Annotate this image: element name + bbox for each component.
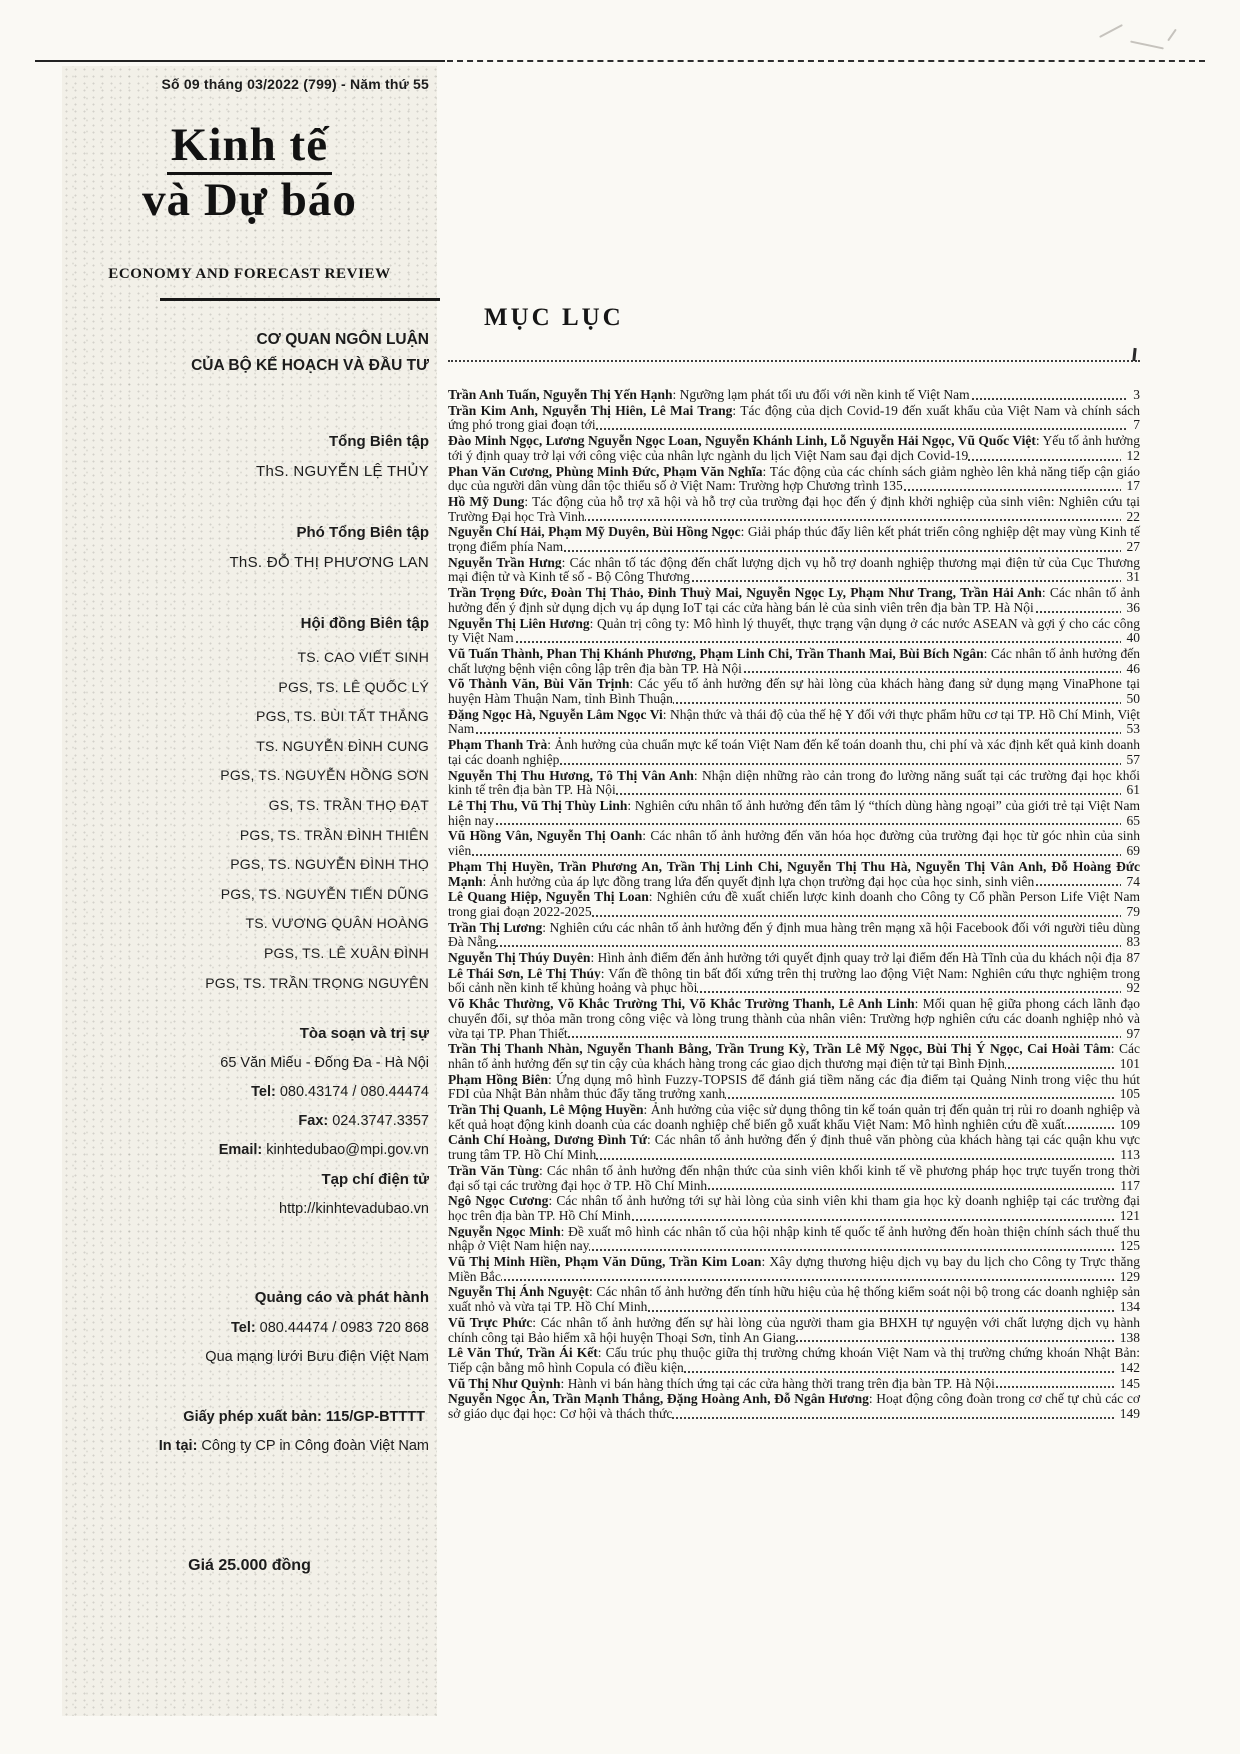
toc-entry-separator: : <box>644 1102 651 1117</box>
toc-entry-authors: Lê Quang Hiệp, Nguyễn Thị Loan <box>448 889 649 904</box>
board-member: GS, TS. TRẦN THỌ ĐẠT <box>70 791 429 821</box>
scan-artifact <box>1132 348 1136 361</box>
toc-entry-separator: : <box>539 1163 547 1178</box>
toc-entry-page: 3 <box>1127 388 1140 403</box>
toc-entry-authors: Trần Văn Tùng <box>448 1163 539 1178</box>
toc-entry-authors: Võ Khắc Thường, Võ Khắc Trường Thi, Võ K… <box>448 996 915 1011</box>
toc-entry-page: 83 <box>1121 935 1141 950</box>
license-label: Giấy phép xuất bản: <box>183 1409 322 1425</box>
toc-entry: Nguyễn Ngọc Minh: Đề xuất mô hình các nh… <box>448 1225 1140 1254</box>
toc-entry-page: 22 <box>1121 510 1141 525</box>
scanned-journal-page: Số 09 tháng 03/2022 (799) - Năm thứ 55 K… <box>0 0 1240 1754</box>
toc-entry-page: 50 <box>1121 692 1141 707</box>
toc-entry-title: Ngưỡng lạm phát tối ưu đối với nền kinh … <box>680 387 970 402</box>
toc-entry-page: 87 <box>1121 951 1141 966</box>
toc-entry-title: Các nhân tố ảnh hưởng đến nhận thức của … <box>448 1163 1140 1193</box>
issue-line: Số 09 tháng 03/2022 (799) - Năm thứ 55 <box>70 74 429 94</box>
board-member: PGS, TS. NGUYỄN TIẾN DŨNG <box>70 880 429 910</box>
toc-entry-authors: Nguyễn Ngọc Minh <box>448 1224 561 1239</box>
board-member: PGS, TS. LÊ QUỐC LÝ <box>70 673 429 703</box>
office-address: 65 Văn Miếu - Đống Đa - Hà Nội <box>70 1053 429 1073</box>
toc-entry-authors: Võ Thành Văn, Bùi Văn Trịnh <box>448 676 629 691</box>
toc-entry-separator: : <box>627 798 634 813</box>
toc-entry: Vũ Tuấn Thành, Phan Thị Khánh Phương, Ph… <box>448 647 1140 676</box>
toc-entry-page: 145 <box>1114 1377 1140 1392</box>
toc-entry: Nguyễn Thị Thúy Duyên: Hình ảnh điểm đến… <box>448 951 1140 966</box>
editorial-board-list: TS. CAO VIẾT SINHPGS, TS. LÊ QUỐC LÝPGS,… <box>70 643 429 998</box>
toc-entry-page: 27 <box>1121 540 1141 555</box>
printer-label: In tại: <box>159 1438 198 1454</box>
printer-line: In tại:Công ty CP in Công đoàn Việt Nam <box>70 1436 429 1456</box>
top-rule-dashed <box>447 60 1205 62</box>
toc-entry: Lê Thị Thu, Vũ Thị Thùy Linh: Nghiên cứu… <box>448 799 1140 828</box>
editorial-board-label: Hội đồng Biên tập <box>70 614 429 634</box>
toc-entry: Trần Thị Quanh, Lê Mộng Huyền: Ảnh hưởng… <box>448 1103 1140 1132</box>
journal-logo: Kinh tế và Dự báo <box>70 118 429 228</box>
toc-entry: Vũ Thị Minh Hiền, Phạm Văn Dũng, Trần Ki… <box>448 1255 1140 1284</box>
toc-entry: Lê Quang Hiệp, Nguyễn Thị Loan: Nghiên c… <box>448 890 1140 919</box>
toc-entry-separator: : <box>984 646 991 661</box>
toc-entry: Nguyễn Trần Hưng: Các nhân tố tác động đ… <box>448 556 1140 585</box>
toc-entry-authors: Hồ Mỹ Dung <box>448 494 524 509</box>
toc-entry-authors: Lê Thị Thu, Vũ Thị Thùy Linh <box>448 798 627 813</box>
board-member: PGS, TS. BÙI TẤT THẮNG <box>70 702 429 732</box>
toc-entry-title: Nghiên cứu các nhân tố ảnh hưởng đến ý đ… <box>448 920 1140 950</box>
toc-entry: Vũ Thị Như Quỳnh: Hành vi bán hàng thích… <box>448 1377 1140 1392</box>
toc-entry-title: Hành vi bán hàng thích ứng tại các cửa h… <box>568 1376 995 1391</box>
toc-entry: Trần Thị Thanh Nhàn, Nguyễn Thanh Bằng, … <box>448 1042 1140 1071</box>
toc-entry-page: 31 <box>1121 570 1141 585</box>
masthead-rule <box>160 298 440 301</box>
deputy-editor-name: ThS. ĐỖ THỊ PHƯƠNG LAN <box>70 553 429 573</box>
toc-entry-separator: : <box>561 1376 568 1391</box>
toc-entry-separator: : <box>590 616 597 631</box>
editor-in-chief-label: Tổng Biên tập <box>70 432 429 452</box>
toc-entry-separator: : <box>548 1072 556 1087</box>
distribution-label: Quảng cáo và phát hành <box>70 1288 429 1308</box>
printer-value: Công ty CP in Công đoàn Việt Nam <box>201 1438 429 1454</box>
toc-title: MỤC LỤC <box>484 304 624 332</box>
toc-entry-page: 57 <box>1121 753 1141 768</box>
toc-entry: Võ Khắc Thường, Võ Khắc Trường Thi, Võ K… <box>448 997 1140 1041</box>
agency-line-2: CỦA BỘ KẾ HOẠCH VÀ ĐẦU TƯ <box>70 356 429 376</box>
toc-entry-authors: Đào Minh Ngọc, Lương Nguyễn Ngọc Loan, N… <box>448 433 1036 448</box>
toc-entry-title: Hình ảnh điểm đến ảnh hưởng tới quyết đị… <box>598 950 1122 965</box>
toc-entry-separator: : <box>663 707 670 722</box>
toc-entry-authors: Trần Anh Tuấn, Nguyễn Thị Yến Hạnh <box>448 387 672 402</box>
toc-entry: Nguyễn Chí Hải, Phạm Mỹ Duyên, Bùi Hồng … <box>448 525 1140 554</box>
toc-entry: Cảnh Chí Hoàng, Dương Đình Tứ: Các nhân … <box>448 1133 1140 1162</box>
toc-entry-authors: Lê Thái Sơn, Lê Thị Thúy <box>448 966 601 981</box>
toc-entry-authors: Ngô Ngọc Cương <box>448 1193 548 1208</box>
tel-value: 080.43174 / 080.44474 <box>280 1084 429 1100</box>
toc-entry-authors: Nguyễn Thị Thu Hương, Tô Thị Vân Anh <box>448 768 694 783</box>
toc-entry: Lê Thái Sơn, Lê Thị Thúy: Vấn đề thông t… <box>448 967 1140 996</box>
toc-entry: Phạm Thanh Trà: Ảnh hưởng của chuẩn mực … <box>448 738 1140 767</box>
toc-entry-separator: : <box>483 874 490 889</box>
toc-entry-title: Các nhân tố ảnh hưởng đến sự hài lòng củ… <box>448 1315 1140 1345</box>
toc-entry-title: Ảnh hưởng của áp lực đồng trang lứa đến … <box>490 874 1035 889</box>
license-value: 115/GP-BTTTT <box>326 1409 425 1425</box>
toc-entry-separator: : <box>590 950 597 965</box>
toc-entry: Trần Trọng Đức, Đoàn Thị Thảo, Đinh Thuỳ… <box>448 586 1140 615</box>
toc-entry: Hồ Mỹ Dung: Tác động của hỗ trợ xã hội v… <box>448 495 1140 524</box>
fax-label: Fax: <box>298 1113 328 1129</box>
toc-entry-separator: : <box>694 768 702 783</box>
toc-entry-page: 101 <box>1114 1057 1140 1072</box>
toc-entry-page: 97 <box>1121 1027 1141 1042</box>
logo-line-1: Kinh tế <box>70 118 429 172</box>
logo-line-2: và Dự báo <box>70 172 429 228</box>
toc-entry: Phạm Thị Huyền, Trần Phương An, Trần Thị… <box>448 860 1140 889</box>
toc-entry-separator: : <box>547 737 554 752</box>
toc-entry-authors: Phan Văn Cương, Phùng Minh Đức, Phạm Văn… <box>448 464 763 479</box>
toc-entry-page: 61 <box>1121 783 1141 798</box>
toc-entry-page: 121 <box>1114 1209 1140 1224</box>
office-email: Email:kinhtedubao@mpi.gov.vn <box>70 1140 429 1160</box>
toc-entry-separator: : <box>598 1345 606 1360</box>
pencil-mark <box>1167 29 1177 42</box>
toc-entry-page: 129 <box>1114 1270 1140 1285</box>
toc-entry: Lê Văn Thứ, Trần Ái Kết: Cấu trúc phụ th… <box>448 1346 1140 1375</box>
toc-entry: Nguyễn Thị Liên Hương: Quản trị công ty:… <box>448 617 1140 646</box>
toc-entry-separator: : <box>672 387 679 402</box>
agency-line-1: CƠ QUAN NGÔN LUẬN <box>70 330 429 350</box>
toc-entry-authors: Trần Kim Anh, Nguyễn Thị Hiên, Lê Mai Tr… <box>448 403 732 418</box>
toc-entry-separator: : <box>1036 433 1043 448</box>
toc-entry-authors: Vũ Hồng Vân, Nguyễn Thị Oanh <box>448 828 642 843</box>
board-member: PGS, TS. TRẦN ĐÌNH THIÊN <box>70 821 429 851</box>
toc-entry-separator: : <box>562 555 570 570</box>
toc-entry-separator: : <box>647 1132 655 1147</box>
board-member: TS. CAO VIẾT SINH <box>70 643 429 673</box>
toc-entry: Nguyễn Ngọc Ân, Trần Mạnh Thắng, Đặng Ho… <box>448 1392 1140 1421</box>
toc-entry: Đào Minh Ngọc, Lương Nguyễn Ngọc Loan, N… <box>448 434 1140 463</box>
board-member: PGS, TS. NGUYỄN ĐÌNH THỌ <box>70 850 429 880</box>
toc-entry-page: 79 <box>1121 905 1141 920</box>
tel-value: 080.44474 / 0983 720 868 <box>260 1320 429 1336</box>
fax-value: 024.3747.3357 <box>332 1113 429 1129</box>
toc-entry: Trần Kim Anh, Nguyễn Thị Hiên, Lê Mai Tr… <box>448 404 1140 433</box>
toc-entry-page: 125 <box>1114 1239 1140 1254</box>
toc-entry: Đặng Ngọc Hà, Nguyễn Lâm Ngọc Vi: Nhận t… <box>448 708 1140 737</box>
toc-entry-separator: : <box>629 676 637 691</box>
toc-entry-authors: Nguyễn Thị Thúy Duyên <box>448 950 590 965</box>
deputy-editor-label: Phó Tổng Biên tập <box>70 523 429 543</box>
distribution-tel: Tel:080.44474 / 0983 720 868 <box>70 1318 429 1338</box>
toc-entry-authors: Phạm Thanh Trà <box>448 737 547 752</box>
toc-entry: Trần Thị Lương: Nghiên cứu các nhân tố ả… <box>448 921 1140 950</box>
email-value: kinhtedubao@mpi.gov.vn <box>266 1142 429 1158</box>
toc-entry: Vũ Hồng Vân, Nguyễn Thị Oanh: Các nhân t… <box>448 829 1140 858</box>
toc-entry-separator: : <box>741 524 748 539</box>
toc-entry: Trần Anh Tuấn, Nguyễn Thị Yến Hạnh: Ngưỡ… <box>448 388 1140 403</box>
toc-entry: Nguyễn Thị Ánh Nguyệt: Các nhân tố ảnh h… <box>448 1285 1140 1314</box>
distribution-via: Qua mạng lưới Bưu điện Việt Nam <box>70 1347 429 1367</box>
toc-entry-page: 36 <box>1121 601 1141 616</box>
toc-entry-page: 46 <box>1121 662 1141 677</box>
toc-entry-authors: Nguyễn Chí Hải, Phạm Mỹ Duyên, Bùi Hồng … <box>448 524 741 539</box>
toc-entry-authors: Cảnh Chí Hoàng, Dương Đình Tứ <box>448 1132 647 1147</box>
toc-entry-page: 40 <box>1121 631 1141 646</box>
cover-price: Giá 25.000 đồng <box>70 1556 429 1576</box>
office-label: Tòa soạn và trị sự <box>70 1024 429 1044</box>
masthead-sidebar: Số 09 tháng 03/2022 (799) - Năm thứ 55 K… <box>62 66 437 1716</box>
email-label: Email: <box>219 1142 263 1158</box>
toc-entry-authors: Vũ Tuấn Thành, Phan Thị Khánh Phương, Ph… <box>448 646 984 661</box>
toc-entry-separator: : <box>1042 585 1050 600</box>
tel-label: Tel: <box>231 1320 256 1336</box>
toc-entry-page: 138 <box>1114 1331 1140 1346</box>
toc-entry-separator: : <box>532 1315 540 1330</box>
toc-entry-page: 109 <box>1114 1118 1140 1133</box>
toc-entry: Trần Văn Tùng: Các nhân tố ảnh hưởng đến… <box>448 1164 1140 1193</box>
ejournal-label: Tạp chí điện tử <box>70 1170 429 1190</box>
toc-entry-page: 74 <box>1121 875 1141 890</box>
toc-entry-page: 17 <box>1121 479 1141 494</box>
toc-entry-page: 12 <box>1121 449 1141 464</box>
toc-entry-page: 65 <box>1121 814 1141 829</box>
toc-entry-page: 7 <box>1127 418 1140 433</box>
toc-entry-page: 113 <box>1114 1148 1140 1163</box>
pencil-mark <box>1099 24 1123 38</box>
toc-dotted-rule <box>448 360 1140 362</box>
pencil-mark <box>1130 40 1164 49</box>
toc-entry-authors: Trần Thị Lương <box>448 920 542 935</box>
tel-label: Tel: <box>251 1084 276 1100</box>
toc-entry-authors: Vũ Thị Minh Hiền, Phạm Văn Dũng, Trần Ki… <box>448 1254 761 1269</box>
toc-entry-authors: Trần Thị Thanh Nhàn, Nguyễn Thanh Bằng, … <box>448 1041 1111 1056</box>
toc-entry-page: 134 <box>1114 1300 1140 1315</box>
toc-entry-separator: : <box>1111 1041 1119 1056</box>
toc-entry-authors: Nguyễn Ngọc Ân, Trần Mạnh Thắng, Đặng Ho… <box>448 1391 869 1406</box>
toc-entry: Võ Thành Văn, Bùi Văn Trịnh: Các yếu tố … <box>448 677 1140 706</box>
toc-entry-page: 105 <box>1114 1087 1140 1102</box>
toc-entry-authors: Phạm Hồng Biên <box>448 1072 548 1087</box>
board-member: PGS, TS. NGUYỄN HỒNG SƠN <box>70 761 429 791</box>
toc-entry-authors: Trần Trọng Đức, Đoàn Thị Thảo, Đinh Thuỳ… <box>448 585 1042 600</box>
toc-entry: Nguyễn Thị Thu Hương, Tô Thị Vân Anh: Nh… <box>448 769 1140 798</box>
publishing-license: Giấy phép xuất bản:115/GP-BTTTT <box>70 1407 429 1427</box>
toc-entry-separator: : <box>524 494 532 509</box>
logo-subtitle: ECONOMY AND FORECAST REVIEW <box>70 264 429 284</box>
toc-list: Trần Anh Tuấn, Nguyễn Thị Yến Hạnh: Ngưỡ… <box>448 388 1140 1423</box>
office-tel: Tel:080.43174 / 080.44474 <box>70 1082 429 1102</box>
toc-entry-page: 149 <box>1114 1407 1140 1422</box>
toc-entry: Phạm Hồng Biên: Ứng dụng mô hình Fuzzy-T… <box>448 1073 1140 1102</box>
toc-entry-page: 117 <box>1114 1179 1140 1194</box>
toc-entry-page: 92 <box>1121 981 1141 996</box>
editor-in-chief-name: ThS. NGUYỄN LỆ THỦY <box>70 462 429 482</box>
toc-entry-authors: Nguyễn Trần Hưng <box>448 555 562 570</box>
top-rule-solid <box>35 60 445 62</box>
toc-entry-separator: : <box>915 996 923 1011</box>
toc-entry-page: 53 <box>1121 722 1141 737</box>
toc-entry-page: 69 <box>1121 844 1141 859</box>
office-fax: Fax:024.3747.3357 <box>70 1111 429 1131</box>
toc-entry-authors: Vũ Thị Như Quỳnh <box>448 1376 561 1391</box>
toc-entry-authors: Nguyễn Thị Ánh Nguyệt <box>448 1284 589 1299</box>
toc-entry-authors: Đặng Ngọc Hà, Nguyễn Lâm Ngọc Vi <box>448 707 663 722</box>
toc-entry-authors: Vũ Trực Phức <box>448 1315 532 1330</box>
toc-entry-separator: : <box>542 920 549 935</box>
toc-entry: Ngô Ngọc Cương: Các nhân tố ảnh hưởng tớ… <box>448 1194 1140 1223</box>
toc-entry: Phan Văn Cương, Phùng Minh Đức, Phạm Văn… <box>448 465 1140 494</box>
toc-entry-separator: : <box>649 889 657 904</box>
toc-entry: Vũ Trực Phức: Các nhân tố ảnh hưởng đến … <box>448 1316 1140 1345</box>
toc-entry-authors: Nguyễn Thị Liên Hương <box>448 616 590 631</box>
board-member: TS. VƯƠNG QUÂN HOÀNG <box>70 909 429 939</box>
board-member: PGS, TS. TRẦN TRỌNG NGUYÊN <box>70 969 429 999</box>
website-url: http://kinhtevadubao.vn <box>70 1199 429 1219</box>
toc-entry-authors: Trần Thị Quanh, Lê Mộng Huyền <box>448 1102 644 1117</box>
toc-entry-page: 142 <box>1114 1361 1140 1376</box>
toc-entry-title: Tác động của hỗ trợ xã hội và hỗ trợ của… <box>448 494 1140 524</box>
board-member: PGS, TS. LÊ XUÂN ĐÌNH <box>70 939 429 969</box>
board-member: TS. NGUYỄN ĐÌNH CUNG <box>70 732 429 762</box>
toc-entry-separator: : <box>763 464 770 479</box>
toc-entry-authors: Lê Văn Thứ, Trần Ái Kết <box>448 1345 598 1360</box>
